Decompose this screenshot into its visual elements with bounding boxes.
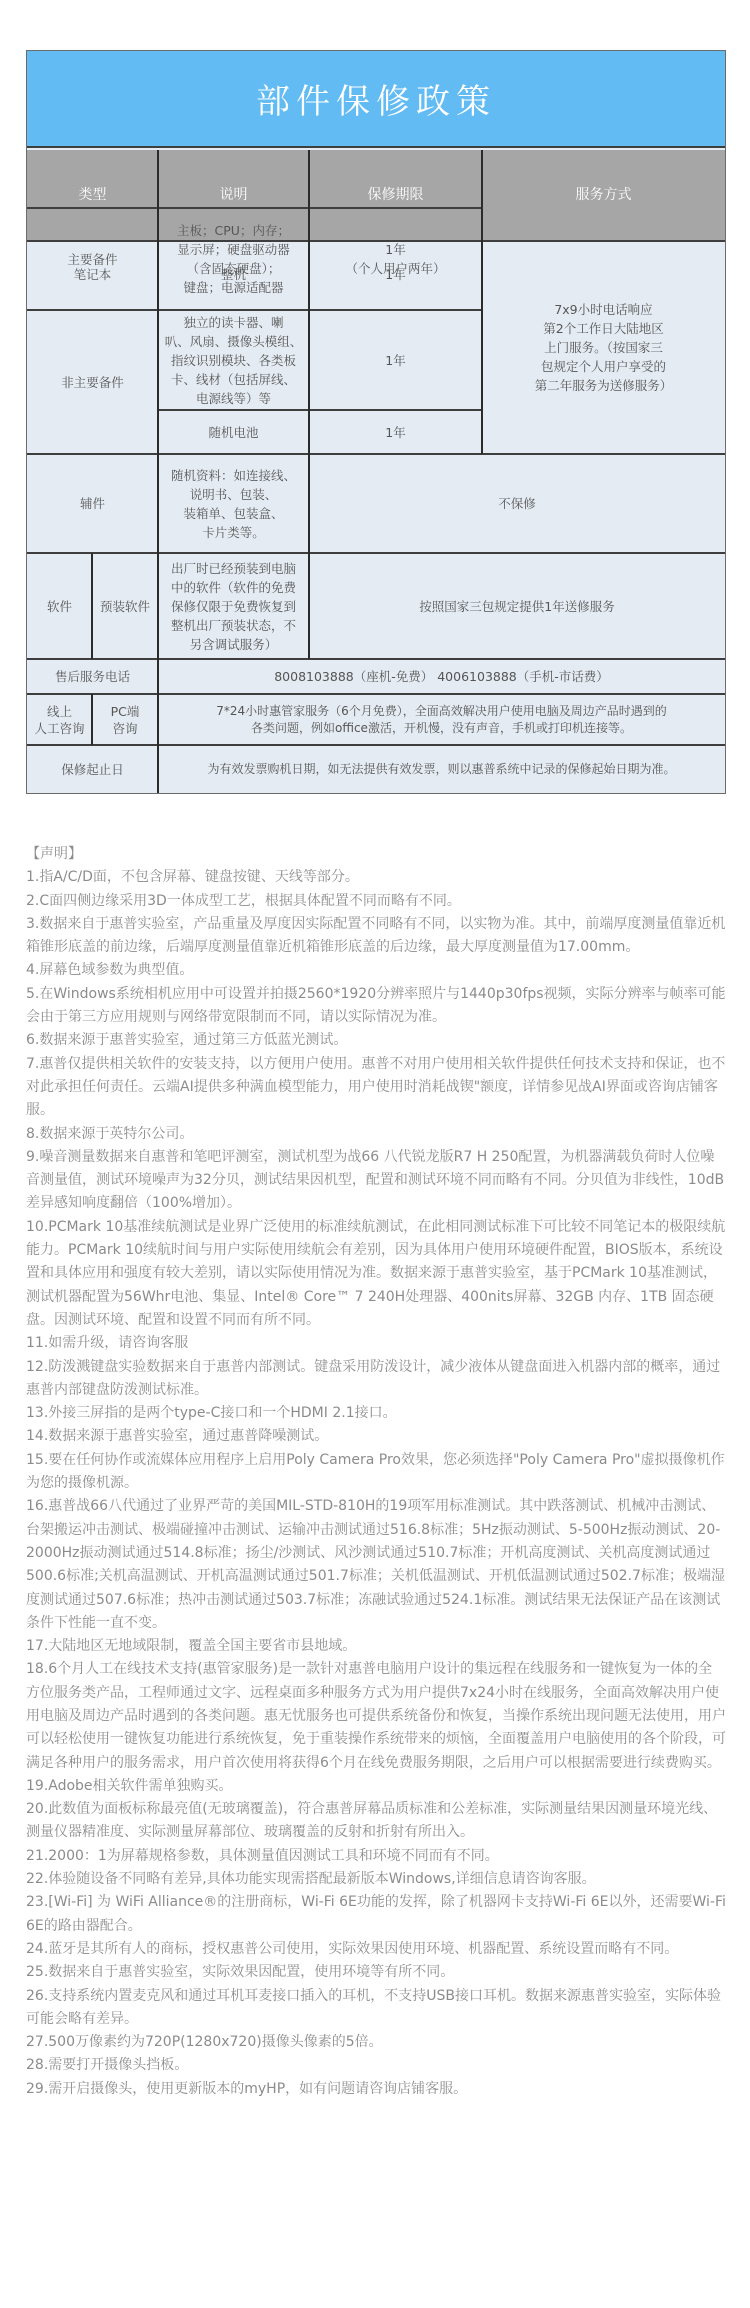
declaration-heading: 【声明】 <box>26 843 726 866</box>
row-software-type: 软件 <box>27 553 92 659</box>
divider <box>91 694 93 745</box>
row-minor-type: 非主要备件 <box>27 310 158 454</box>
row-software-service: 按照国家三包规定提供1年送修服务 <box>309 553 725 659</box>
declaration-item: 6.数据来源于惠普实验室，通过第三方低蓝光测试。 <box>26 1029 726 1052</box>
divider <box>481 150 483 454</box>
declaration-item: 10.PCMark 10基准续航测试是业界广泛使用的标准续航测试，在此相同测试标… <box>26 1216 726 1332</box>
row-minor-period: 1年 <box>309 310 482 410</box>
row-accessory-type: 辅件 <box>27 454 158 553</box>
divider <box>27 309 482 311</box>
divider <box>157 150 159 454</box>
divider <box>308 150 310 659</box>
declaration-item: 7.惠普仅提供相关软件的安装支持，以方便用户使用。惠普不对用户使用相关软件提供任… <box>26 1053 726 1123</box>
service-method-onsite: 7x9小时电话响应 第2个工作日大陆地区 上门服务。（按国家三 包规定个人用户享… <box>482 241 725 454</box>
row-software-desc: 出厂时已经预装到电脑 中的软件（软件的免费 保修仅限于免费恢复到 整机出厂预装状… <box>158 553 309 659</box>
divider <box>27 744 725 746</box>
row-online-sublabel: PC端 咨询 <box>92 694 158 745</box>
declaration-item: 21.2000：1为屏幕规格参数，具体测量值因测试工具和环境不同而有不同。 <box>26 1845 726 1868</box>
declaration-item: 26.支持系统内置麦克风和通过耳机耳麦接口插入的耳机，不支持USB接口耳机。数据… <box>26 1985 726 2032</box>
divider <box>27 552 725 554</box>
declaration-item: 29.需开启摄像头，使用更新版本的myHP，如有问题请咨询店铺客服。 <box>26 2078 726 2101</box>
divider <box>27 658 725 660</box>
declaration-item: 22.体验随设备不同略有差异,具体功能实现需搭配最新版本Windows,详细信息… <box>26 1868 726 1891</box>
row-hotline-label: 售后服务电话 <box>27 659 158 694</box>
row-major-period: 1年 （个人用户两年） <box>309 208 482 310</box>
table-title: 部件保修政策 <box>27 51 725 148</box>
row-battery-desc: 随机电池 <box>158 410 309 454</box>
declaration-section: 【声明】 1.指A/C/D面，不包含屏幕、键盘按键、天线等部分。 2.C面四侧边… <box>26 843 726 2101</box>
declaration-item: 23.[Wi-Fi] 为 WiFi Alliance®的注册商标，Wi-Fi 6… <box>26 1891 726 1938</box>
declaration-item: 17.大陆地区无地域限制，覆盖全国主要省市县地域。 <box>26 1635 726 1658</box>
declaration-item: 2.C面四侧边缘采用3D一体成型工艺，根据具体配置不同而略有不同。 <box>26 890 726 913</box>
row-major-desc: 主板；CPU；内存； 显示屏；硬盘驱动器 （含固态硬盘）； 键盘；电源适配器 <box>158 208 309 310</box>
declaration-item: 11.如需升级，请咨询客服 <box>26 1332 726 1355</box>
row-minor-desc: 独立的读卡器、喇 叭、风扇、摄像头模组、 指纹识别模块、各类板 卡、线材（包括屏… <box>158 310 309 410</box>
row-online-label: 线上 人工咨询 <box>27 694 92 745</box>
declaration-item: 4.屏幕色域参数为典型值。 <box>26 959 726 982</box>
declaration-item: 8.数据来源于英特尔公司。 <box>26 1123 726 1146</box>
declaration-item: 27.500万像素约为720P(1280x720)摄像头像素的5倍。 <box>26 2031 726 2054</box>
row-online-value: 7*24小时惠管家服务（6个月免费），全面高效解决用户使用电脑及周边产品时遇到的… <box>158 694 725 745</box>
declaration-item: 28.需要打开摄像头挡板。 <box>26 2054 726 2077</box>
declaration-item: 12.防泼溅键盘实验数据来自于惠普内部测试。键盘采用防泼设计，减少液体从键盘面进… <box>26 1356 726 1403</box>
row-accessory-service: 不保修 <box>309 454 725 553</box>
divider <box>27 453 725 455</box>
row-warranty-start-label: 保修起止日 <box>27 745 158 793</box>
divider <box>157 453 159 793</box>
declaration-item: 16.惠普战66八代通过了业界严苛的美国MIL-STD-810H的19项军用标准… <box>26 1495 726 1635</box>
warranty-policy-table: 部件保修政策 类型 说明 保修期限 服务方式 笔记本 整机 1年 主要备件 主板… <box>26 50 726 794</box>
declaration-item: 13.外接三屏指的是两个type-C接口和一个HDMI 2.1接口。 <box>26 1402 726 1425</box>
declaration-item: 15.要在任何协作或流媒体应用程序上启用Poly Camera Pro效果，您必… <box>26 1449 726 1496</box>
row-warranty-start-value: 为有效发票购机日期，如无法提供有效发票，则以惠普系统中记录的保修起始日期为准。 <box>158 745 725 793</box>
divider <box>158 409 482 411</box>
declaration-item: 3.数据来自于惠普实验室，产品重量及厚度因实际配置不同略有不同，以实物为准。其中… <box>26 913 726 960</box>
divider <box>91 553 93 659</box>
declaration-item: 19.Adobe相关软件需单独购买。 <box>26 1775 726 1798</box>
divider <box>27 207 482 209</box>
row-major-type: 主要备件 <box>27 208 158 310</box>
row-accessory-desc: 随机资料：如连接线、 说明书、包装、 装箱单、包装盒、 卡片类等。 <box>158 454 309 553</box>
declaration-item: 14.数据来源于惠普实验室，通过惠普降噪测试。 <box>26 1425 726 1448</box>
row-battery-period: 1年 <box>309 410 482 454</box>
declaration-item: 24.蓝牙是其所有人的商标，授权惠普公司使用，实际效果因使用环境、机器配置、系统… <box>26 1938 726 1961</box>
declaration-item: 25.数据来自于惠普实验室，实际效果因配置，使用环境等有所不同。 <box>26 1961 726 1984</box>
declaration-item: 18.6个月人工在线技术支持(惠管家服务)是一款针对惠普电脑用户设计的集远程在线… <box>26 1658 726 1774</box>
divider <box>27 240 725 242</box>
row-software-subtype: 预装软件 <box>92 553 158 659</box>
declaration-item: 5.在Windows系统相机应用中可设置并拍摄2560*1920分辨率照片与14… <box>26 983 726 1030</box>
declaration-item: 9.噪音测量数据来自惠普和笔吧评测室，测试机型为战66 八代锐龙版R7 H 25… <box>26 1146 726 1216</box>
row-hotline-value: 8008103888（座机-免费） 4006103888（手机-市话费） <box>158 659 725 694</box>
declaration-item: 20.此数值为面板标称最亮值(无玻璃覆盖)，符合惠普屏幕品质标准和公差标准，实际… <box>26 1798 726 1845</box>
header-service-method: 服务方式 <box>482 150 725 241</box>
declaration-item: 1.指A/C/D面，不包含屏幕、键盘按键、天线等部分。 <box>26 866 726 889</box>
divider <box>27 693 725 695</box>
